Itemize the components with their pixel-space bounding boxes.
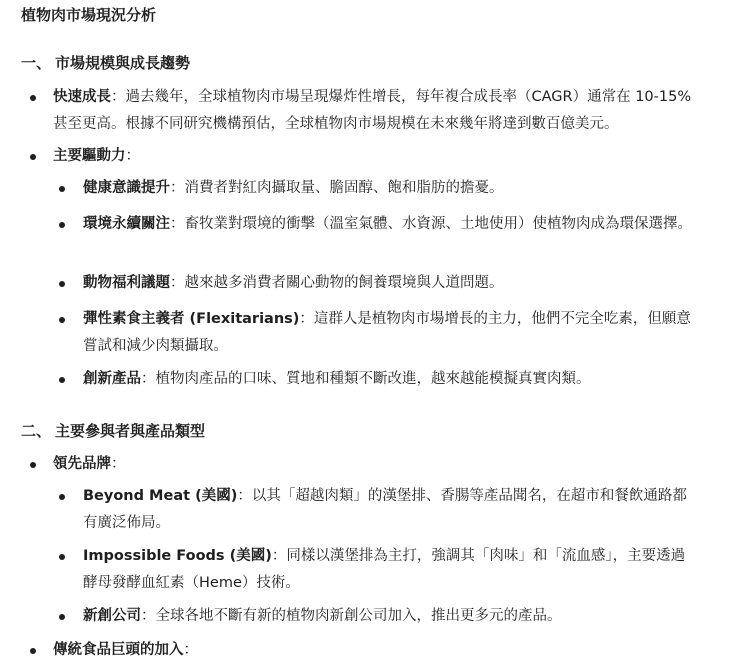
item-separator: ： [126, 148, 141, 164]
item-separator: ： [111, 89, 126, 105]
sub-item-beyond-meat: Beyond Meat (美國)：以其「超越肉類」的漢堡排、香腸等產品聞名，在超… [83, 483, 695, 537]
bullet-icon [59, 377, 65, 383]
bullet-icon [59, 281, 65, 287]
item-label: 健康意識提升 [83, 180, 170, 196]
bullet-icon [59, 554, 65, 560]
section-title: 主要參與者與產品類型 [55, 422, 205, 440]
section-heading-2: 二、主要參與者與產品類型 [21, 420, 205, 442]
item-text: 越來越多消費者關心動物的飼養環境與人道問題。 [185, 275, 504, 291]
item-label: Beyond Meat (美國) [83, 488, 237, 504]
item-label: 傳統食品巨頭的加入 [53, 642, 184, 658]
list-item-rapid-growth: 快速成長：過去幾年，全球植物肉市場呈現爆炸性增長，每年複合成長率（CAGR）通常… [53, 84, 693, 138]
item-separator: ： [237, 488, 252, 504]
section-title: 市場規模與成長趨勢 [55, 54, 190, 72]
item-text: 全球各地不斷有新的植物肉新創公司加入，推出更多元的產品。 [156, 608, 562, 624]
list-item-key-drivers: 主要驅動力： [53, 143, 693, 170]
item-separator: ： [170, 216, 185, 232]
item-separator: ： [170, 275, 185, 291]
item-separator: ： [170, 180, 185, 196]
document-title: 植物肉市場現況分析 [21, 4, 156, 26]
bullet-icon [30, 95, 36, 101]
list-item-traditional-giants: 傳統食品巨頭的加入： [53, 637, 693, 664]
item-label: 彈性素食主義者 (Flexitarians) [83, 311, 299, 327]
sub-item-startups: 新創公司：全球各地不斷有新的植物肉新創公司加入，推出更多元的產品。 [83, 603, 695, 630]
item-label: 快速成長 [53, 89, 111, 105]
item-text: 畜牧業對環境的衝擊（溫室氣體、水資源、土地使用）使植物肉成為環保選擇。 [185, 216, 693, 232]
sub-item-environment: 環境永續關注：畜牧業對環境的衝擊（溫室氣體、水資源、土地使用）使植物肉成為環保選… [83, 211, 695, 238]
item-separator: ： [184, 642, 199, 658]
item-separator: ： [111, 456, 126, 472]
bullet-icon [30, 648, 36, 654]
item-separator: ： [141, 371, 156, 387]
sub-item-health: 健康意識提升：消費者對紅肉攝取量、膽固醇、飽和脂肪的擔憂。 [83, 175, 695, 202]
item-text: 過去幾年，全球植物肉市場呈現爆炸性增長，每年複合成長率（CAGR）通常在 10-… [53, 89, 691, 132]
item-label: 新創公司 [83, 608, 141, 624]
item-label: 環境永續關注 [83, 216, 170, 232]
sub-item-innovation: 創新產品：植物肉產品的口味、質地和種類不斷改進，越來越能模擬真實肉類。 [83, 366, 695, 393]
bullet-icon [30, 462, 36, 468]
item-text: 植物肉產品的口味、質地和種類不斷改進，越來越能模擬真實肉類。 [156, 371, 591, 387]
bullet-icon [59, 186, 65, 192]
section-heading-1: 一、市場規模與成長趨勢 [21, 52, 190, 74]
list-item-leading-brands: 領先品牌： [53, 451, 693, 478]
section-number: 一、 [21, 52, 55, 74]
item-separator: ： [141, 608, 156, 624]
section-number: 二、 [21, 420, 55, 442]
item-label: Impossible Foods (美國) [83, 548, 272, 564]
item-separator: ： [299, 311, 314, 327]
bullet-icon [59, 222, 65, 228]
item-separator: ： [272, 548, 287, 564]
bullet-icon [59, 317, 65, 323]
item-text: 消費者對紅肉攝取量、膽固醇、飽和脂肪的擔憂。 [185, 180, 504, 196]
bullet-icon [30, 154, 36, 160]
item-label: 領先品牌 [53, 456, 111, 472]
bullet-icon [59, 494, 65, 500]
bullet-icon [59, 614, 65, 620]
item-label: 動物福利議題 [83, 275, 170, 291]
item-label: 主要驅動力 [53, 148, 126, 164]
sub-item-impossible-foods: Impossible Foods (美國)：同樣以漢堡排為主打，強調其「肉味」和… [83, 543, 695, 597]
item-label: 創新產品 [83, 371, 141, 387]
sub-item-flexitarians: 彈性素食主義者 (Flexitarians)：這群人是植物肉市場增長的主力，他們… [83, 306, 695, 360]
sub-item-animal-welfare: 動物福利議題：越來越多消費者關心動物的飼養環境與人道問題。 [83, 270, 695, 297]
